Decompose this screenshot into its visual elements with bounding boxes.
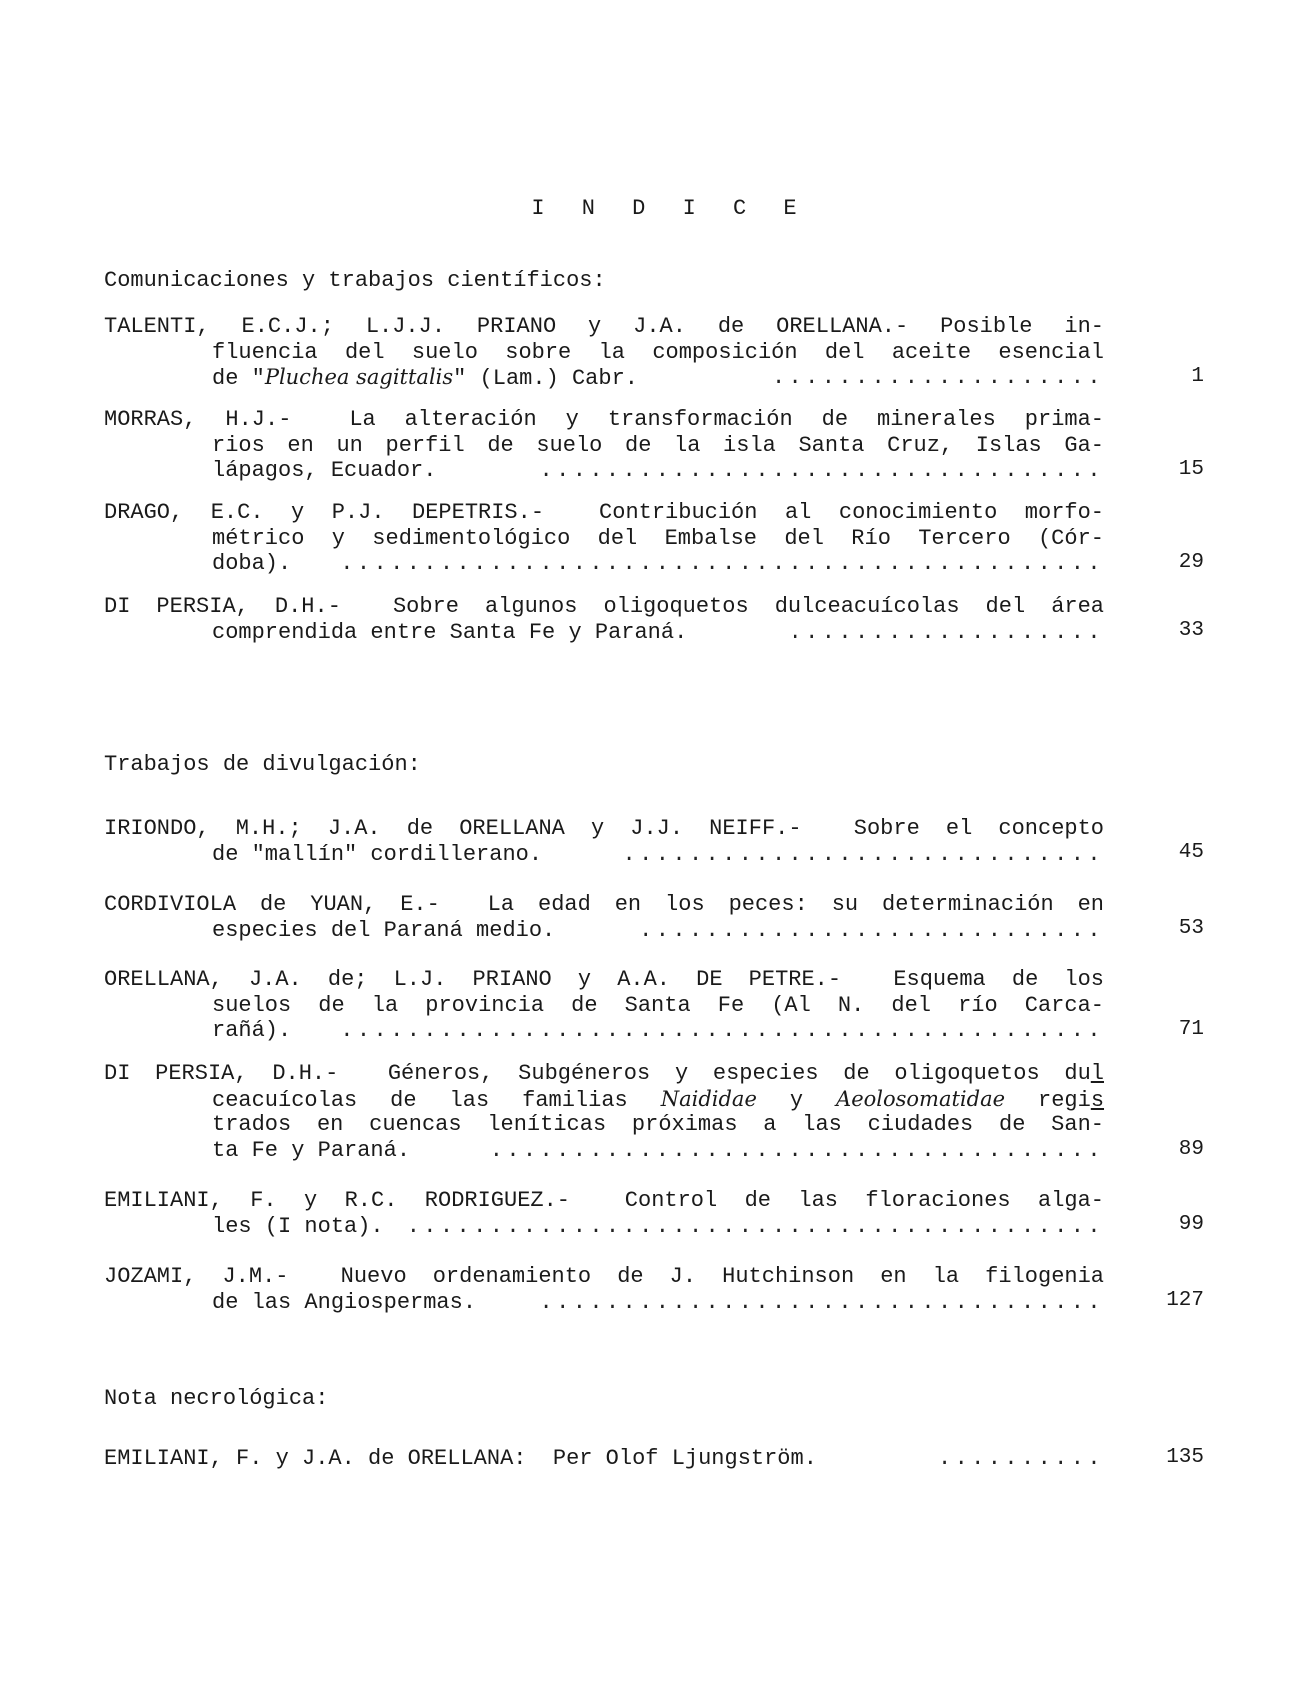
leader-dots: ........................................…	[624, 842, 1104, 868]
leader-dots: ........................................…	[484, 1138, 1104, 1164]
entry-line: ceacuícolas de las familias Naididae y A…	[104, 1087, 1104, 1113]
entry-line: EMILIANI, F. y J.A. de ORELLANA: Per Olo…	[104, 1446, 1104, 1472]
page-number: 33	[1134, 619, 1204, 642]
toc-entry[interactable]: EMILIANI, F. y R.C. RODRIGUEZ.- Control …	[104, 1188, 1204, 1239]
entry-line: rañá)...................................…	[104, 1018, 1104, 1044]
entry-line: ta Fe y Paraná..........................…	[104, 1138, 1104, 1164]
page-number: 53	[1134, 917, 1204, 940]
entry-line: de "mallín" cordillerano................…	[104, 842, 1104, 868]
entry-line: especies del Paraná medio...............…	[104, 918, 1104, 944]
page-title: I N D I C E	[0, 196, 1290, 221]
toc-entry[interactable]: CORDIVIOLA de YUAN, E.- La edad en los p…	[104, 892, 1204, 943]
family-name-naididae: Naididae	[661, 1087, 757, 1111]
page-number: 15	[1134, 458, 1204, 481]
leader-dots: ........................................…	[934, 1446, 1104, 1472]
toc-entry[interactable]: TALENTI, E.C.J.; L.J.J. PRIANO y J.A. de…	[104, 314, 1204, 391]
entry-line: les (I nota)............................…	[104, 1214, 1104, 1240]
toc-entry[interactable]: DI PERSIA, D.H.- Sobre algunos oligoquet…	[104, 594, 1204, 645]
section-heading-divulgacion: Trabajos de divulgación:	[104, 752, 421, 777]
page-number: 89	[1134, 1138, 1204, 1161]
toc-entry[interactable]: MORRAS, H.J.- La alteración y transforma…	[104, 407, 1204, 484]
entry-line: JOZAMI, J.M.- Nuevo ordenamiento de J. H…	[104, 1264, 1104, 1290]
leader-dots: ........................................…	[544, 1290, 1104, 1316]
entry-line: MORRAS, H.J.- La alteración y transforma…	[104, 407, 1104, 433]
entry-line: fluencia del suelo sobre la composición …	[104, 340, 1104, 366]
entry-line: de "Pluchea sagittalis" (Lam.) Cabr.....…	[104, 365, 1104, 391]
entry-line: trados en cuencas leníticas próximas a l…	[104, 1112, 1104, 1138]
entry-line: doba)...................................…	[104, 551, 1104, 577]
toc-entry[interactable]: DRAGO, E.C. y P.J. DEPETRIS.- Contribuci…	[104, 500, 1204, 577]
toc-entry[interactable]: ORELLANA, J.A. de; L.J. PRIANO y A.A. DE…	[104, 967, 1204, 1044]
entry-line: suelos de la provincia de Santa Fe (Al N…	[104, 993, 1104, 1019]
toc-entry[interactable]: IRIONDO, M.H.; J.A. de ORELLANA y J.J. N…	[104, 816, 1204, 867]
page-number: 135	[1134, 1446, 1204, 1469]
toc-entry[interactable]: JOZAMI, J.M.- Nuevo ordenamiento de J. H…	[104, 1264, 1204, 1315]
page-number: 1	[1134, 365, 1204, 388]
species-name: Pluchea sagittalis	[265, 365, 453, 389]
section-heading-nota-necrologica: Nota necrológica:	[104, 1386, 328, 1411]
entry-line: CORDIVIOLA de YUAN, E.- La edad en los p…	[104, 892, 1104, 918]
entry-line: ORELLANA, J.A. de; L.J. PRIANO y A.A. DE…	[104, 967, 1104, 993]
page-number: 127	[1134, 1289, 1204, 1312]
leader-dots: ........................................…	[544, 458, 1104, 484]
leader-dots: ........................................…	[344, 1018, 1104, 1044]
page-number: 29	[1134, 551, 1204, 574]
entry-line: lápagos, Ecuador........................…	[104, 458, 1104, 484]
entry-line: métrico y sedimentológico del Embalse de…	[104, 526, 1104, 552]
entry-line: DI PERSIA, D.H.- Géneros, Subgéneros y e…	[104, 1061, 1104, 1087]
entry-line: de las Angiospermas.....................…	[104, 1290, 1104, 1316]
entry-line: DRAGO, E.C. y P.J. DEPETRIS.- Contribuci…	[104, 500, 1104, 526]
page-number: 99	[1134, 1213, 1204, 1236]
entry-line: DI PERSIA, D.H.- Sobre algunos oligoquet…	[104, 594, 1104, 620]
toc-entry[interactable]: EMILIANI, F. y J.A. de ORELLANA: Per Olo…	[104, 1446, 1204, 1472]
leader-dots: ........................................…	[774, 365, 1104, 391]
leader-dots: ........................................…	[634, 918, 1104, 944]
page-number: 71	[1134, 1018, 1204, 1041]
toc-entry[interactable]: DI PERSIA, D.H.- Géneros, Subgéneros y e…	[104, 1061, 1204, 1163]
entry-line: comprendida entre Santa Fe y Paraná.....…	[104, 620, 1104, 646]
page-number: 45	[1134, 841, 1204, 864]
entry-line: TALENTI, E.C.J.; L.J.J. PRIANO y J.A. de…	[104, 314, 1104, 340]
entry-line: IRIONDO, M.H.; J.A. de ORELLANA y J.J. N…	[104, 816, 1104, 842]
leader-dots: ........................................…	[344, 551, 1104, 577]
entry-line: EMILIANI, F. y R.C. RODRIGUEZ.- Control …	[104, 1188, 1104, 1214]
leader-dots: ........................................…	[794, 620, 1104, 646]
family-name-aeolosomatidae: Aeolosomatidae	[836, 1087, 1005, 1111]
leader-dots: ........................................…	[404, 1214, 1104, 1240]
entry-line: rios en un perfil de suelo de la isla Sa…	[104, 433, 1104, 459]
section-heading-comunicaciones: Comunicaciones y trabajos científicos:	[104, 268, 606, 293]
